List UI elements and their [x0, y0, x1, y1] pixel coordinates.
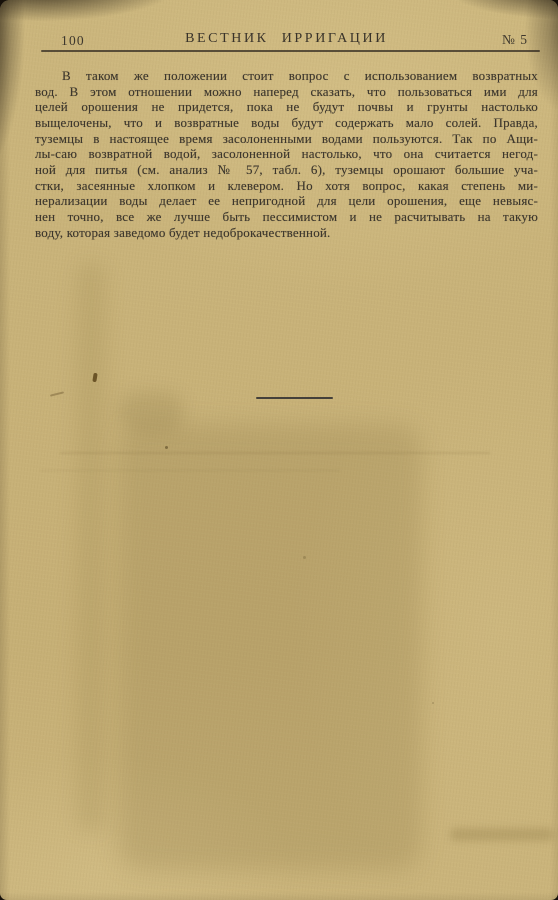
paper-crease	[60, 452, 490, 454]
section-divider	[256, 397, 333, 399]
paper-speck	[50, 391, 64, 396]
paper-speck	[92, 373, 97, 383]
paragraph-line: целей орошения не придется, пока не буду…	[35, 99, 538, 115]
paragraph-line: В таком же положении стоит вопрос с испо…	[35, 68, 538, 84]
paragraph-line: нен точно, все же лучше быть пессимистом…	[35, 209, 538, 225]
page-header: 100 ВЕСТНИК ИРРИГАЦИИ № 5	[35, 31, 538, 51]
issue-number: № 5	[502, 32, 528, 48]
paragraph-line: ной для питья (см. анализ № 57, табл. 6)…	[35, 162, 538, 178]
paper-speck	[165, 446, 168, 449]
paragraph-line: выщелочены, что и возвратные воды будут …	[35, 115, 538, 131]
header-rule	[41, 50, 540, 52]
paragraph-line: стки, засеянные хлопком и клевером. Но х…	[35, 178, 538, 194]
paragraph-line: лы-саю возвратной водой, засолоненной на…	[35, 146, 538, 162]
paper-stain-bottom-right	[450, 828, 554, 841]
scanned-journal-page: 100 ВЕСТНИК ИРРИГАЦИИ № 5 В таком же пол…	[0, 0, 558, 900]
paper-speck	[432, 702, 434, 704]
article-paragraph: В таком же положении стоит вопрос с испо…	[35, 68, 538, 240]
paragraph-line: нерализации воды делает ее непригодной д…	[35, 193, 538, 209]
paper-stain-left-streak	[76, 262, 106, 832]
paper-speck	[303, 556, 306, 559]
paragraph-line: воду, которая заведомо будет недоброкаче…	[35, 225, 538, 241]
journal-title: ВЕСТНИК ИРРИГАЦИИ	[35, 31, 538, 47]
paragraph-line: вод. В этом отношении можно наперед сказ…	[35, 84, 538, 100]
paragraph-line: туземцы в настоящее время засолоненными …	[35, 131, 538, 147]
paper-crease	[40, 470, 340, 471]
paper-stain-large	[118, 424, 422, 870]
paper-stain-smudge	[118, 392, 184, 432]
